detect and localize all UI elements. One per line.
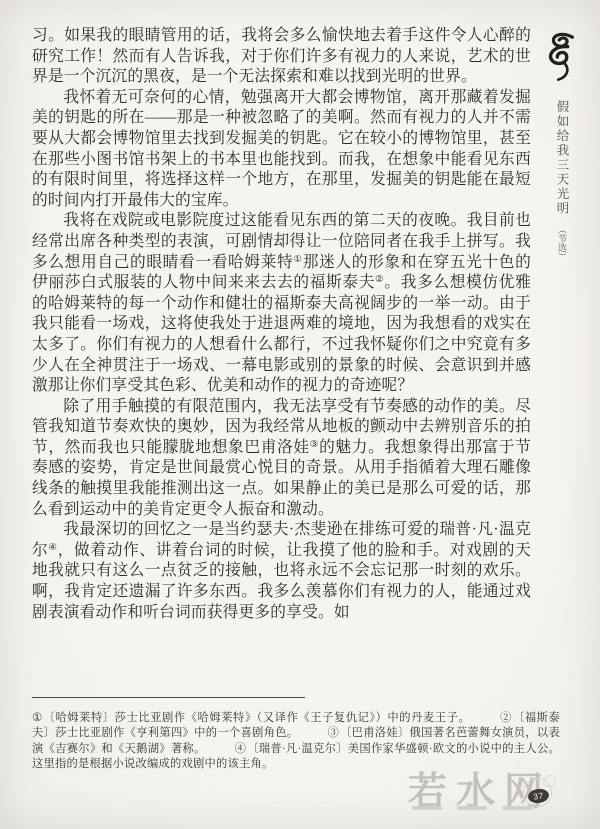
watermark-subtext xyxy=(412,806,582,810)
footnote-reference: ④ xyxy=(48,542,57,553)
footnote-marker: ① xyxy=(32,712,43,724)
chapter-title: 假如给我三天光明 xyxy=(555,100,569,216)
footnote-reference: ② xyxy=(375,274,384,285)
footnotes-text: ①〔哈姆莱特〕莎士比亚剧作《哈姆莱特》（又译作《王子复仇记》）中的丹麦王子。 ②… xyxy=(32,711,560,773)
footnote-separator xyxy=(32,697,305,698)
body-text: 习。如果我的眼睛管用的话，我将会多么愉快地去着手这件令人心醉的研究工作！然而有人… xyxy=(32,26,531,623)
paragraph: 除了用手触摸的有限范围内，我无法享受有节奏感的动作的美。尽管我知道节奏欢快的奥妙… xyxy=(32,397,531,521)
paragraph: 我最深切的回忆之一是当约瑟夫·杰斐逊在排练可爱的瑞普·凡·温克尔④，做着动作、讲… xyxy=(32,520,531,623)
chapter-title-vertical: 假如给我三天光明（节选） xyxy=(553,100,571,261)
page-number: 37 xyxy=(533,790,545,801)
paragraph: 习。如果我的眼睛管用的话，我将会多么愉快地去着手这件令人心醉的研究工作！然而有人… xyxy=(32,26,531,88)
footnote-reference: ③ xyxy=(310,439,319,450)
footnote-marker: ③ xyxy=(327,727,339,739)
calligraphy-ornament-icon xyxy=(545,30,579,84)
book-page: 习。如果我的眼睛管用的话，我将会多么愉快地去着手这件令人心醉的研究工作！然而有人… xyxy=(0,0,600,829)
paragraph: 我怀着无可奈何的心情，勉强离开大都会博物馆，离开那藏着发掘美的钥匙的所在——那是… xyxy=(32,88,531,212)
footnote-marker: ② xyxy=(500,712,512,724)
footnote-marker: ④ xyxy=(235,743,247,755)
paragraph: 我将在戏院或电影院度过这能看见东西的第二天的夜晚。我目前也经常出席各种类型的表演… xyxy=(32,211,531,396)
footnote-reference: ① xyxy=(293,254,302,265)
chapter-subtitle: （节选） xyxy=(557,225,567,261)
